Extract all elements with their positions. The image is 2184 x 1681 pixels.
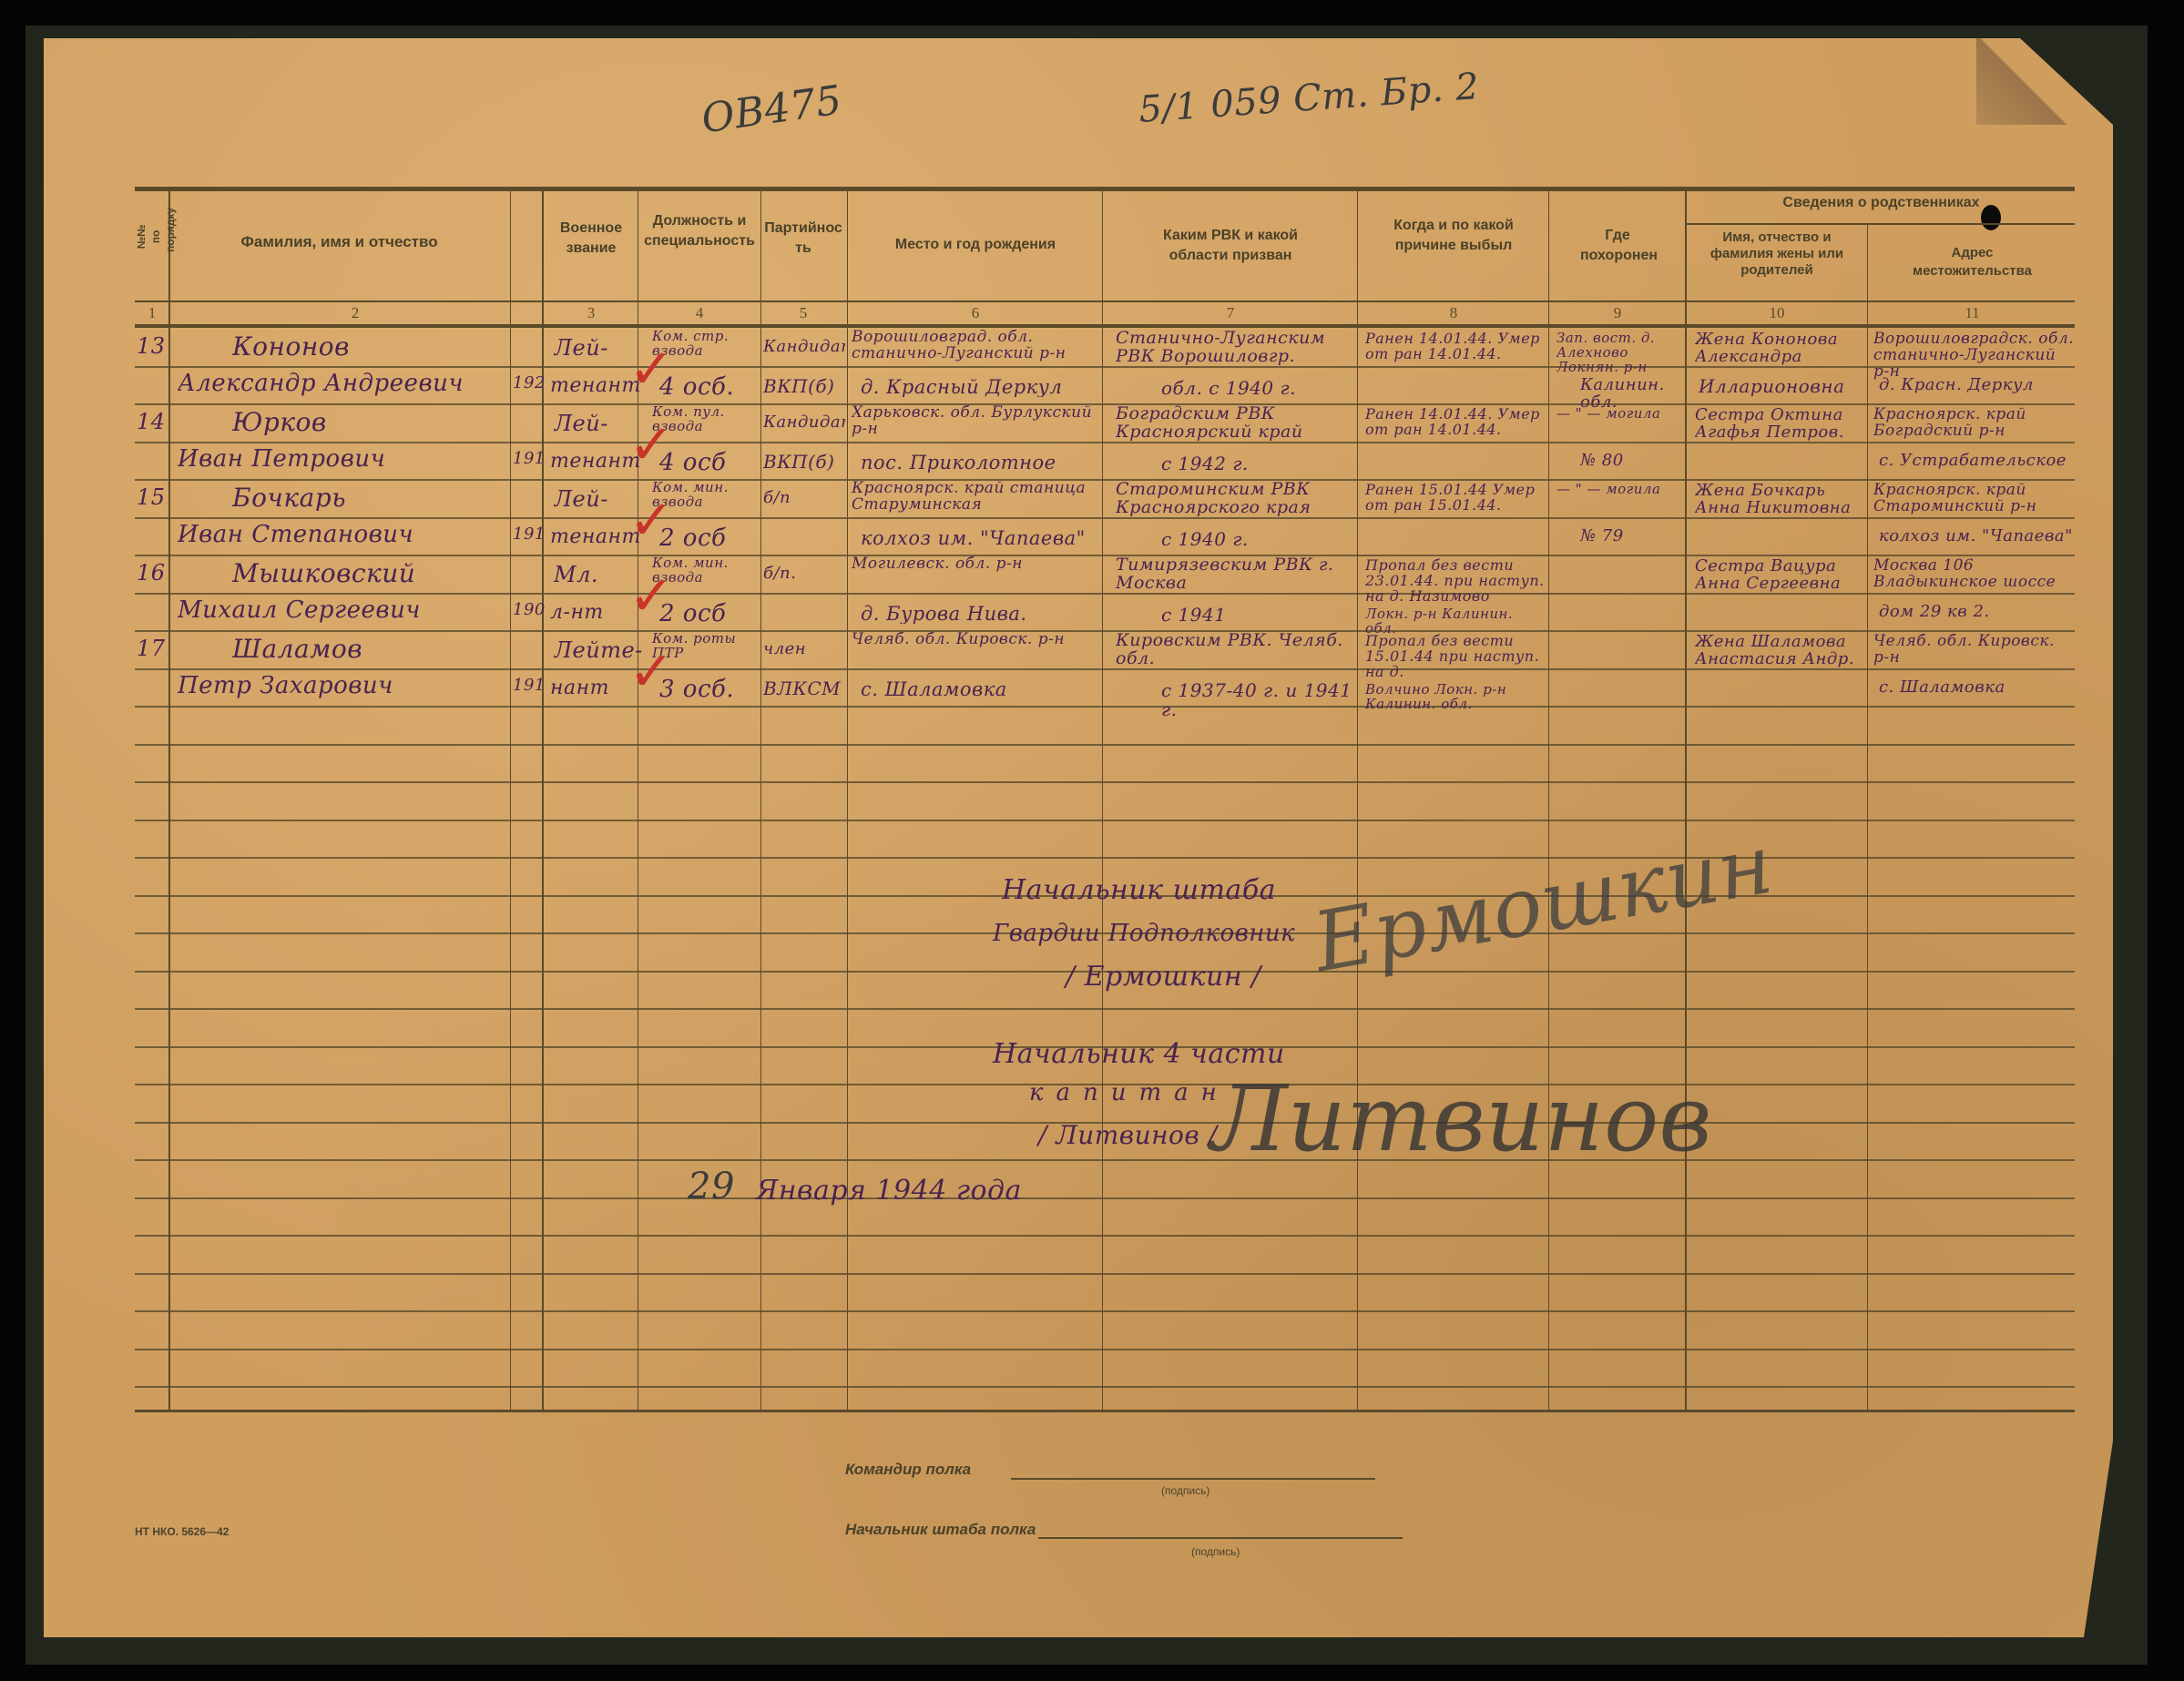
row-divider [135, 1159, 2075, 1161]
relative-line-1: Жена Шаламова Анастасия Андр. [1695, 634, 1864, 668]
row-divider [135, 630, 2075, 632]
pencil-signature-2: Литвинов [1211, 1065, 1712, 1172]
relative-line-1: Сестра Вацура Анна Сергеевна [1695, 558, 1864, 593]
date-rest: Января 1944 года [756, 1175, 1022, 1207]
header-col-9: Где похоронен [1553, 226, 1682, 265]
burial-line-2: № 79 [1580, 528, 1682, 545]
conscription-line-2: с 1940 г. [1161, 530, 1354, 549]
surname: Юрков [232, 409, 560, 435]
conscription-line-2: с 1941 [1161, 606, 1354, 625]
birth-year: 1912 [513, 451, 546, 468]
header-col-6: Место и год рождения [852, 235, 1099, 255]
table-gridline [168, 187, 170, 1411]
red-check-mark-icon: ✓ [628, 413, 674, 477]
row-divider [135, 517, 2075, 519]
reason-line-1: Пропал без вести 15.01.44 при наступ. на… [1365, 634, 1546, 679]
birthplace-line-1: Челяб. обл. Кировск. р-н [852, 632, 1099, 648]
red-check-mark-icon: ✓ [628, 338, 674, 402]
reason-line-1: Ранен 15.01.44 Умер от ран 15.01.44. [1365, 483, 1546, 514]
row-divider [135, 820, 2075, 821]
reason-line-2: Волчино Локн. р-н Калинин. обл. [1365, 683, 1546, 712]
birthplace-line-1: Ворошиловград. обл. станично-Луганский р… [852, 330, 1099, 362]
colnum-10: 10 [1689, 304, 1864, 322]
burial-line-2: № 80 [1580, 453, 1682, 470]
commander-signature-hint: (подпись) [1161, 1484, 1209, 1497]
red-check-mark-icon: ✓ [628, 640, 674, 704]
colnum-2: 2 [173, 304, 537, 322]
chief-of-staff-title: Начальник штаба [1002, 874, 1276, 906]
conscription-line-1: Боградским РВК Красноярский край [1116, 405, 1354, 442]
conscription-line-1: Тимирязевским РВК г. Москва [1116, 556, 1354, 593]
row-divider [135, 1235, 2075, 1237]
conscription-line-2: обл. с 1940 г. [1161, 379, 1354, 398]
address-line-2: с. Шаламовка [1879, 679, 2075, 697]
given-names: Александр Андреевич [178, 372, 505, 396]
address-line-1: Красноярск. край Староминский р-н [1873, 483, 2075, 515]
party-line-2: ВКП(б) [763, 377, 845, 396]
conscription-line-2: с 1937-40 г. и 1941 г. [1161, 681, 1354, 719]
rank-line-2: тенант [550, 375, 639, 396]
row-divider [135, 1008, 2075, 1010]
chief-part4-rank: капитан [1029, 1079, 1230, 1106]
given-names: Петр Захарович [178, 674, 505, 698]
party-line-1: Кандидат [763, 414, 845, 432]
header-col-8: Когда и по какой причине выбыл [1362, 216, 1546, 255]
row-divider [135, 1386, 2075, 1388]
header-col-11: Адрес местожительства [1870, 244, 2075, 281]
birthplace-line-2: колхоз им. "Чапаева" [861, 528, 1099, 548]
address-line-2: с. Устрабательское [1879, 453, 2075, 470]
birth-year: 1913 [513, 526, 546, 544]
table-gridline [1548, 187, 1549, 1411]
row-divider [135, 479, 2075, 481]
table-gridline [1685, 223, 2075, 225]
reason-line-1: Пропал без вести 23.01.44. при наступ. н… [1365, 558, 1546, 604]
address-line-1: Москва 106 Владыкинское шоссе [1873, 558, 2075, 591]
row-number: 17. [137, 637, 168, 660]
row-number: 14. [137, 411, 168, 433]
header-col-5: Партийность [761, 219, 845, 258]
red-check-mark-icon: ✓ [628, 565, 674, 628]
birth-year: 1916 [513, 677, 546, 695]
colnum-8: 8 [1362, 304, 1546, 322]
table-gridline [847, 187, 848, 1411]
rank-line-2: л-нт [550, 602, 639, 623]
reason-line-1: Ранен 14.01.44. Умер от ран 14.01.44. [1365, 331, 1546, 362]
table-gridline [135, 187, 2075, 191]
party-line-2: ВКП(б) [763, 453, 845, 472]
row-number: 15. [137, 486, 168, 509]
folded-corner [1976, 38, 2067, 125]
row-divider [135, 593, 2075, 595]
burial-line-1: — " — могила [1556, 483, 1682, 497]
party-line-1: б/п. [763, 565, 845, 583]
reason-line-1: Ранен 14.01.44. Умер от ран 14.01.44. [1365, 407, 1546, 438]
header-col-3: Военное звание [546, 219, 636, 258]
table-gridline [1357, 187, 1358, 1411]
commander-signature-line [1011, 1478, 1375, 1480]
colnum-4: 4 [641, 304, 758, 322]
table-gridline [135, 301, 2075, 302]
birthplace-line-2: с. Шаламовка [861, 679, 1099, 699]
chief-part4-name: / Литвинов / [1038, 1120, 1218, 1150]
row-divider [135, 366, 2075, 368]
rank-line-2: тенант [550, 451, 639, 472]
table-gridline [1102, 187, 1103, 1411]
birthplace-line-2: д. Бурова Нива. [861, 604, 1099, 624]
birthplace-line-2: пос. Приколотное [861, 453, 1099, 473]
conscription-line-2: с 1942 г. [1161, 454, 1354, 474]
header-col-2: Фамилия, имя и отчество [173, 232, 505, 253]
footer-chief-label: Начальник штаба полка [845, 1521, 1036, 1539]
burial-line-1: — " — могила [1556, 407, 1682, 422]
row-divider [135, 555, 2075, 556]
date-day: 29 [688, 1166, 735, 1207]
party-line-2: ВЛКСМ [763, 679, 845, 698]
relative-line-1: Жена Бочкарь Анна Никитовна [1695, 483, 1864, 517]
given-names: Иван Степанович [178, 523, 505, 547]
burial-line-1: Зап. вост. д. Алехново Локнян. р-н [1556, 331, 1682, 374]
row-divider [135, 442, 2075, 443]
colnum-1: 1 [137, 304, 168, 322]
birth-year: 1921 [513, 375, 546, 392]
relative-line-1: Жена Кононова Александра [1695, 331, 1864, 366]
colnum-7: 7 [1107, 304, 1354, 322]
surname: Бочкарь [232, 484, 560, 511]
address-line-2: д. Красн. Деркул [1879, 377, 2075, 394]
row-number: 16. [137, 562, 168, 585]
party-line-1: Кандидат [763, 339, 845, 356]
row-divider [135, 668, 2075, 670]
row-divider [135, 706, 2075, 708]
given-names: Иван Петрович [178, 447, 505, 472]
colnum-9: 9 [1553, 304, 1682, 322]
party-line-1: член [763, 641, 845, 658]
table-gridline [542, 187, 544, 1411]
colnum-3: 3 [546, 304, 636, 322]
red-check-mark-icon: ✓ [628, 489, 674, 553]
table-gridline [135, 324, 2075, 328]
form-code: НТ НКО. 5626—42 [135, 1525, 229, 1538]
chief-signature-line [1038, 1537, 1403, 1539]
conscription-line-1: Станично-Луганским РВК Ворошиловгр. [1116, 330, 1354, 366]
row-divider [135, 1310, 2075, 1312]
birth-year: 1903 [513, 602, 546, 619]
surname: Шаламов [232, 636, 560, 662]
address-line-1: Ворошиловградск. обл. станично-Луганский… [1873, 331, 2075, 381]
header-col-7: Каким РВК и какой области призван [1107, 226, 1354, 265]
header-relatives-group: Сведения о родственниках [1688, 193, 2075, 213]
reason-line-2: Локн. р-н Калинин. обл. [1365, 607, 1546, 637]
header-col-10: Имя, отчество и фамилия жены или родител… [1689, 229, 1864, 279]
chief-of-staff-name: / Ермошкин / [1066, 961, 1261, 993]
row-divider [135, 781, 2075, 783]
chief-of-staff-rank: Гвардии Подполковник [993, 920, 1295, 947]
birthplace-line-2: д. Красный Деркул [861, 377, 1099, 397]
table-gridline [1867, 223, 1868, 1411]
row-divider [135, 1349, 2075, 1350]
surname: Мышковский [232, 560, 560, 586]
row-divider [135, 1273, 2075, 1275]
conscription-line-1: Староминским РВК Красноярского края [1116, 481, 1354, 517]
relative-line-2: Илларионовна [1699, 377, 1864, 396]
chief-signature-hint: (подпись) [1191, 1545, 1240, 1558]
table-gridline [1685, 187, 1687, 1411]
header-col-4: Должность и специальность [641, 211, 758, 250]
header-col-1: №№ по порядку [134, 221, 170, 252]
colnum-5: 5 [761, 304, 845, 322]
colnum-6: 6 [852, 304, 1099, 322]
row-divider [135, 857, 2075, 859]
relative-line-1: Сестра Октина Агафья Петров. [1695, 407, 1864, 442]
row-divider [135, 1197, 2075, 1199]
table-gridline [135, 1410, 2075, 1412]
conscription-line-1: Кировским РВК. Челяб. обл. [1116, 632, 1354, 668]
row-divider [135, 403, 2075, 405]
surname: Кононов [232, 333, 560, 360]
given-names: Михаил Сергеевич [178, 598, 505, 623]
table-gridline [510, 187, 511, 1411]
birthplace-line-1: Могилевск. обл. р-н [852, 556, 1099, 573]
party-line-1: б/п [763, 490, 845, 507]
rank-line-2: нант [550, 677, 639, 698]
birthplace-line-1: Красноярск. край станица Старуминская [852, 481, 1099, 514]
rank-line-2: тенант [550, 526, 639, 547]
address-line-2: колхоз им. "Чапаева" [1879, 528, 2075, 545]
colnum-11: 11 [1870, 304, 2075, 322]
address-line-1: Челяб. обл. Кировск. р-н [1873, 634, 2075, 667]
table-gridline [760, 187, 761, 1411]
footer-commander-label: Командир полка [845, 1461, 971, 1479]
birthplace-line-1: Харьковск. обл. Бурлукский р-н [852, 405, 1099, 438]
row-number: 13 [137, 335, 168, 358]
row-divider [135, 744, 2075, 746]
address-line-1: Красноярск. край Боградский р-н [1873, 407, 2075, 440]
address-line-2: дом 29 кв 2. [1879, 604, 2075, 621]
